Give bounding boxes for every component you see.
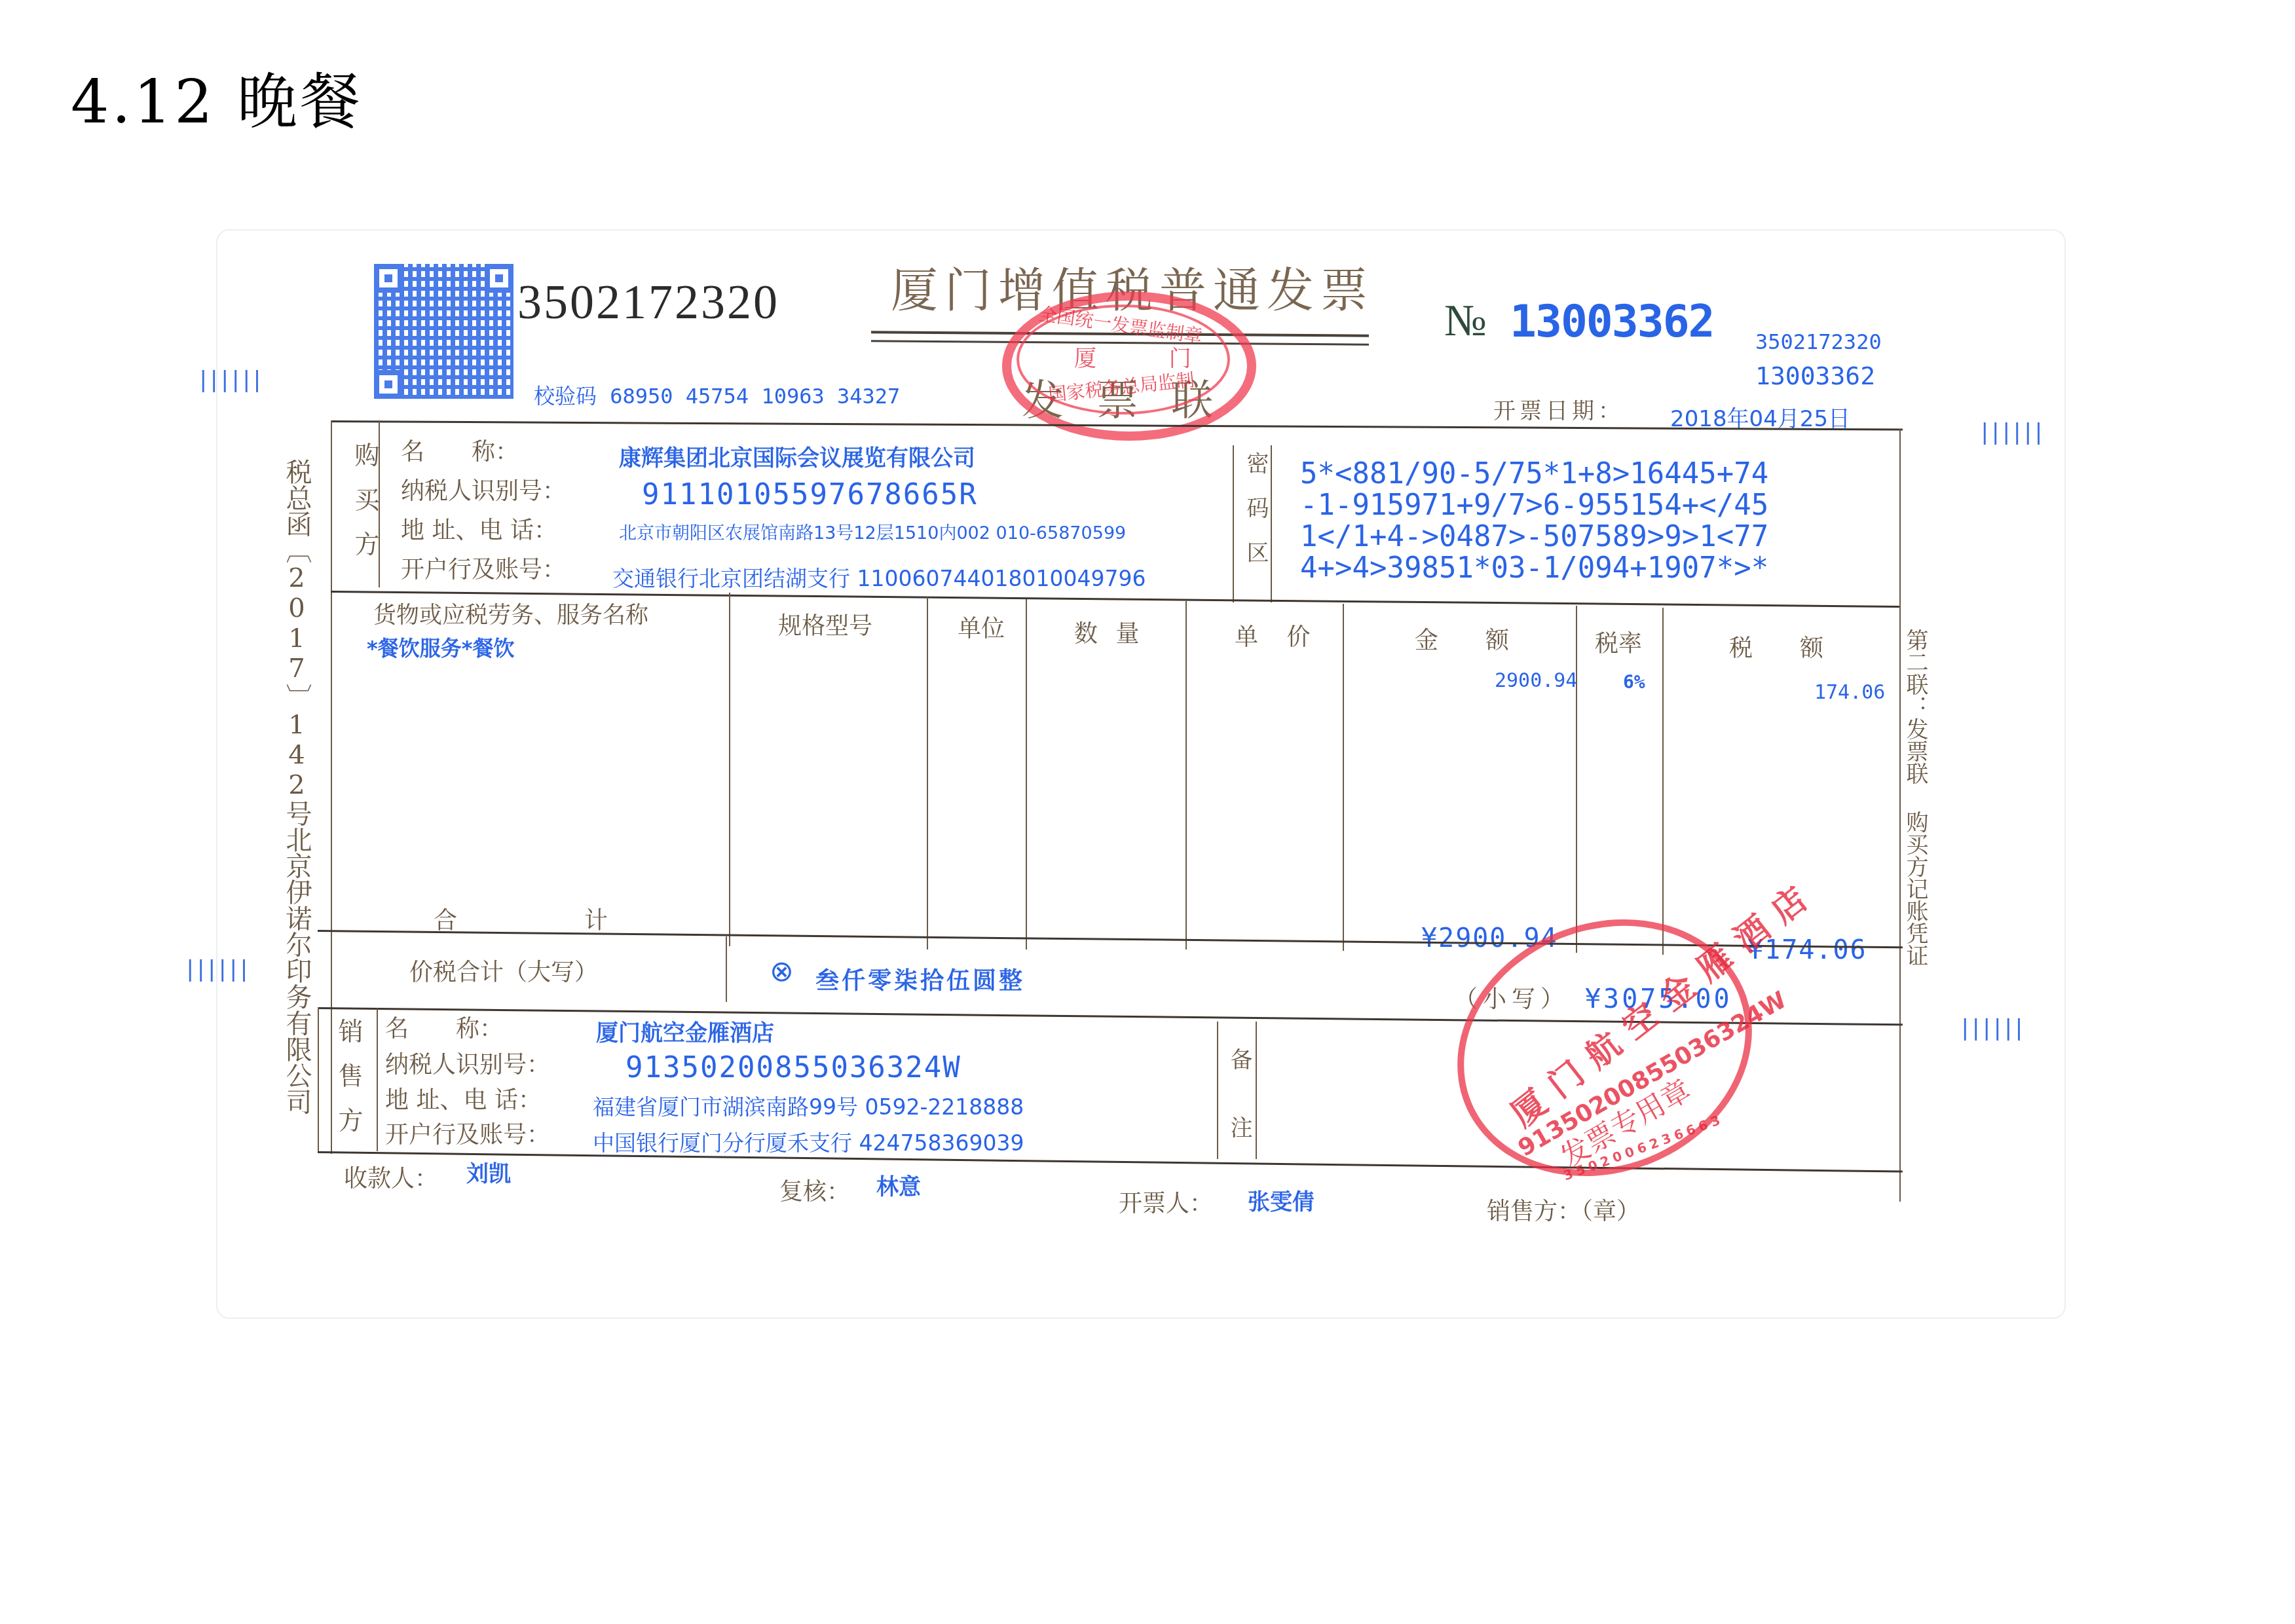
invoice-code-small: 3502172320 (1755, 329, 1882, 354)
col-header-rate: 税率 (1595, 625, 1642, 659)
seller-bank-label: 开户行及账号： (385, 1116, 550, 1150)
buyer-tax-id-label: 纳税人识别号： (401, 473, 566, 506)
cipher-section-label: 密码区 (1240, 452, 1272, 585)
date-label: 开票日期： (1493, 393, 1624, 425)
col-header-price: 单 价 (1235, 619, 1320, 652)
col-divider (1185, 601, 1187, 950)
printer-side-text: 税总函〔2017〕142号北京伊诺尔印务有限公司 (278, 458, 316, 1115)
grand-total-label: 价税合计（大写） (409, 954, 598, 987)
invoice-code-printed: 3502172320 (517, 275, 779, 331)
buyer-section-label: 购买方 (347, 442, 383, 576)
payee-label: 收款人： (344, 1160, 438, 1194)
remarks-divider (1217, 1022, 1218, 1159)
qr-finder-icon (485, 264, 513, 293)
col-header-unit: 单位 (958, 610, 1005, 644)
check-code-label: 校验码 (534, 384, 597, 409)
buyer-tax-id: 91110105597678665R (642, 478, 978, 511)
cipher-block: 5*<881/90-5/75*1+8>16445+74 -1-915971+9/… (1300, 458, 1768, 584)
seller-address-label: 地 址、电 话： (385, 1082, 542, 1115)
buyer-name: 康辉集团北京国际会议展览有限公司 (619, 440, 975, 472)
perforation-mark: |||||| (196, 367, 261, 393)
invoice-number-small: 13003362 (1755, 361, 1875, 390)
buyer-address: 北京市朝阳区农展馆南路13号12层1510内002 010-65870599 (619, 519, 1126, 544)
col-divider (729, 593, 730, 946)
reviewer-label: 复核： (779, 1173, 850, 1207)
cipher-divider (1233, 445, 1234, 602)
grand-total-words-icon: ⊗ (770, 955, 794, 988)
seller-label-divider (377, 1008, 378, 1151)
payee: 刘凯 (466, 1156, 511, 1188)
seller-name: 厦门航空金雁酒店 (596, 1015, 774, 1047)
seller-name-label: 名 称： (385, 1010, 503, 1044)
remarks-divider (1256, 1022, 1257, 1159)
issuer-label: 开票人： (1119, 1185, 1213, 1219)
issuer: 张雯倩 (1248, 1184, 1315, 1216)
col-header-name: 货物或应税劳务、服务名称 (373, 597, 648, 630)
item-rate: 6% (1623, 671, 1645, 693)
col-header-qty: 数 量 (1074, 616, 1144, 649)
reviewer: 林意 (876, 1169, 921, 1201)
col-header-amount: 金 额 (1415, 622, 1509, 655)
invoice-number: 13003362 (1510, 296, 1714, 348)
buyer-bank: 交通银行北京团结湖支行 110060744018010049796 (612, 562, 1146, 593)
item-name: *餐饮服务*餐饮 (367, 632, 514, 662)
col-divider (1662, 608, 1664, 955)
buyer-address-label: 地 址、电 话： (401, 512, 557, 545)
item-tax: 174.06 (1814, 681, 1885, 704)
seller-border-left (318, 1007, 319, 1151)
form-border-right (1899, 429, 1901, 1202)
cipher-line: 1</1+4->0487>-507589>9>1<77 (1300, 521, 1768, 553)
col-divider (1343, 604, 1344, 951)
col-header-spec: 规格型号 (778, 608, 872, 641)
copy-side-text: 第二联：发票联 购买方记账凭证 (1899, 629, 1931, 967)
col-divider (1026, 599, 1027, 950)
cipher-line: -1-915971+9/7>6-955154+</45 (1300, 490, 1768, 521)
stamp-text: 厦 门 (1074, 341, 1224, 373)
check-code-value: 68950 45754 10963 34327 (610, 384, 900, 409)
number-symbol: № (1444, 295, 1487, 346)
cipher-line: 4+>4>39851*03-1/094+1907*>* (1300, 553, 1768, 584)
buyer-name-label: 名 称： (401, 434, 519, 467)
perforation-mark: |||||| (183, 956, 248, 982)
grand-total-words: 叁仟零柒拾伍圆整 (815, 963, 1025, 996)
perforation-mark: |||||| (1978, 419, 2043, 445)
page-heading: 4.12 晚餐 (71, 54, 363, 140)
col-header-tax: 税 额 (1729, 630, 1823, 663)
seller-bank: 中国银行厦门分行厦禾支行 424758369039 (593, 1126, 1024, 1157)
perforation-mark: |||||| (1958, 1015, 2023, 1041)
qr-finder-icon (374, 370, 403, 399)
col-divider (927, 597, 928, 950)
qr-finder-icon (374, 264, 403, 293)
seller-section-label: 销售方 (331, 1018, 367, 1152)
cipher-line: 5*<881/90-5/75*1+8>16445+74 (1300, 458, 1768, 490)
check-code: 校验码 68950 45754 10963 34327 (534, 380, 900, 410)
qr-code (374, 264, 513, 399)
item-amount: 2900.94 (1495, 669, 1577, 692)
col-divider (1576, 606, 1577, 953)
seller-seal-label: 销售方：（章） (1487, 1193, 1640, 1227)
grand-total-divider (726, 936, 727, 1002)
seller-tax-id-label: 纳税人识别号： (385, 1046, 550, 1080)
seller-address: 福建省厦门市湖滨南路99号 0592-2218888 (593, 1090, 1024, 1121)
buyer-bank-label: 开户行及账号： (401, 551, 566, 585)
seller-tax-id: 91350200855036324W (625, 1051, 961, 1084)
